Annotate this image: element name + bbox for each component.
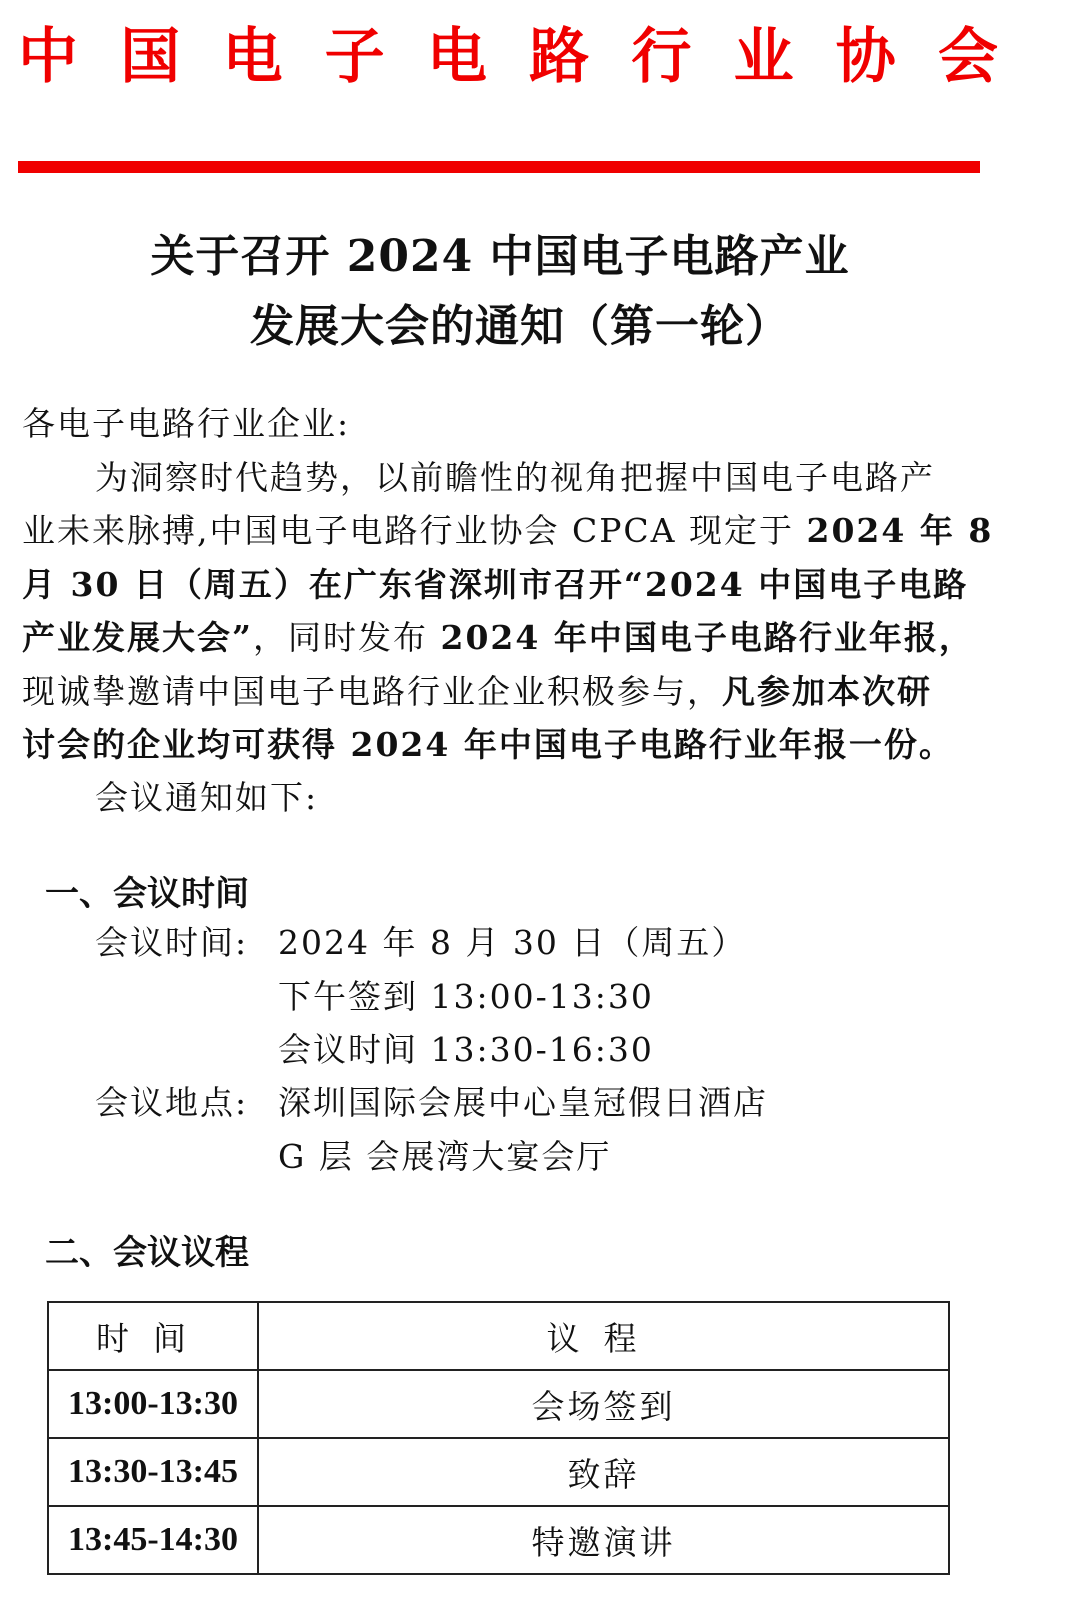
column-header-agenda: 议程 xyxy=(258,1302,949,1370)
paragraph-line: 为洞察时代趋势，以前瞻性的视角把握中国电子电路产 xyxy=(95,452,935,499)
paragraph-line: 产业发展大会”，同时发布 2024 年中国电子电路行业年报， xyxy=(22,612,974,659)
document-title-line-2: 发展大会的通知（第一轮） xyxy=(20,290,1020,354)
agenda-item-cell: 致辞 xyxy=(258,1438,949,1506)
letterhead-org-name: 中 国 电 子 电 路 行 业 协 会 xyxy=(18,12,998,92)
letterhead-char: 电 xyxy=(222,9,282,95)
agenda-time-cell: 13:00-13:30 xyxy=(48,1370,258,1438)
column-header-time: 时间 xyxy=(48,1302,258,1370)
meeting-place-label: 会议地点: xyxy=(95,1077,248,1124)
paragraph-text: 业未来脉搏,中国电子电路行业协会 CPCA 现定于 xyxy=(22,511,807,550)
meeting-time-label: 会议时间: xyxy=(95,917,248,964)
agenda-table: 时间 议程 13:00-13:30 会场签到 13:30-13:45 致辞 13… xyxy=(47,1301,950,1575)
paragraph-line: 现诚挚邀请中国电子电路行业企业积极参与，凡参加本次研 xyxy=(22,666,932,713)
salutation: 各电子电路行业企业: xyxy=(22,398,350,445)
section-heading-meeting-time: 一、会议时间 xyxy=(45,866,249,915)
paragraph-text: ，同时发布 xyxy=(253,618,441,657)
closing-line: 会议通知如下: xyxy=(95,772,318,819)
table-row: 13:00-13:30 会场签到 xyxy=(48,1370,949,1438)
venue-hall-value: G 层 会展湾大宴会厅 xyxy=(278,1131,611,1178)
letterhead-char: 路 xyxy=(529,9,589,95)
letterhead-char: 电 xyxy=(427,9,487,95)
paragraph-line: 讨会的企业均可获得 2024 年中国电子电路行业年报一份。 xyxy=(22,719,954,766)
letterhead-char: 会 xyxy=(938,9,998,95)
paragraph-bold-text: 产业发展大会” xyxy=(22,618,253,657)
meeting-date-value: 2024 年 8 月 30 日（周五） xyxy=(278,917,746,964)
agenda-time-cell: 13:30-13:45 xyxy=(48,1438,258,1506)
letterhead-char: 业 xyxy=(734,9,794,95)
paragraph-bold-text: 月 30 日（周五）在广东省深圳市召开“2024 中国电子电路 xyxy=(22,565,968,604)
letterhead-char: 国 xyxy=(120,9,180,95)
letterhead-divider xyxy=(18,161,980,173)
checkin-time-value: 下午签到 13:00-13:30 xyxy=(278,971,654,1018)
section-heading-agenda: 二、会议议程 xyxy=(45,1225,249,1274)
paragraph-bold-text: 2024 年中国电子电路行业年报， xyxy=(440,618,973,657)
agenda-time-cell: 13:45-14:30 xyxy=(48,1506,258,1574)
paragraph-line: 月 30 日（周五）在广东省深圳市召开“2024 中国电子电路 xyxy=(22,559,968,606)
document-title-line-1: 关于召开 2024 中国电子电路产业 xyxy=(0,220,1000,284)
session-time-value: 会议时间 13:30-16:30 xyxy=(278,1024,654,1071)
letterhead-char: 行 xyxy=(631,9,691,95)
paragraph-text: 为洞察时代趋势，以前瞻性的视角把握中国电子电路产 xyxy=(95,458,935,497)
venue-value: 深圳国际会展中心皇冠假日酒店 xyxy=(278,1077,768,1124)
table-header-row: 时间 议程 xyxy=(48,1302,949,1370)
letterhead-char: 子 xyxy=(325,9,385,95)
agenda-item-cell: 会场签到 xyxy=(258,1370,949,1438)
paragraph-bold-text: 2024 年 8 xyxy=(807,511,994,550)
letterhead-char: 中 xyxy=(18,9,78,95)
table-row: 13:30-13:45 致辞 xyxy=(48,1438,949,1506)
paragraph-line: 业未来脉搏,中国电子电路行业协会 CPCA 现定于 2024 年 8 xyxy=(22,505,993,552)
letterhead-char: 协 xyxy=(836,9,896,95)
paragraph-bold-text: 凡参加本次研 xyxy=(722,672,932,711)
paragraph-bold-text: 讨会的企业均可获得 2024 年中国电子电路行业年报一份。 xyxy=(22,725,954,764)
table-row: 13:45-14:30 特邀演讲 xyxy=(48,1506,949,1574)
agenda-item-cell: 特邀演讲 xyxy=(258,1506,949,1574)
paragraph-text: 现诚挚邀请中国电子电路行业企业积极参与， xyxy=(22,672,722,711)
